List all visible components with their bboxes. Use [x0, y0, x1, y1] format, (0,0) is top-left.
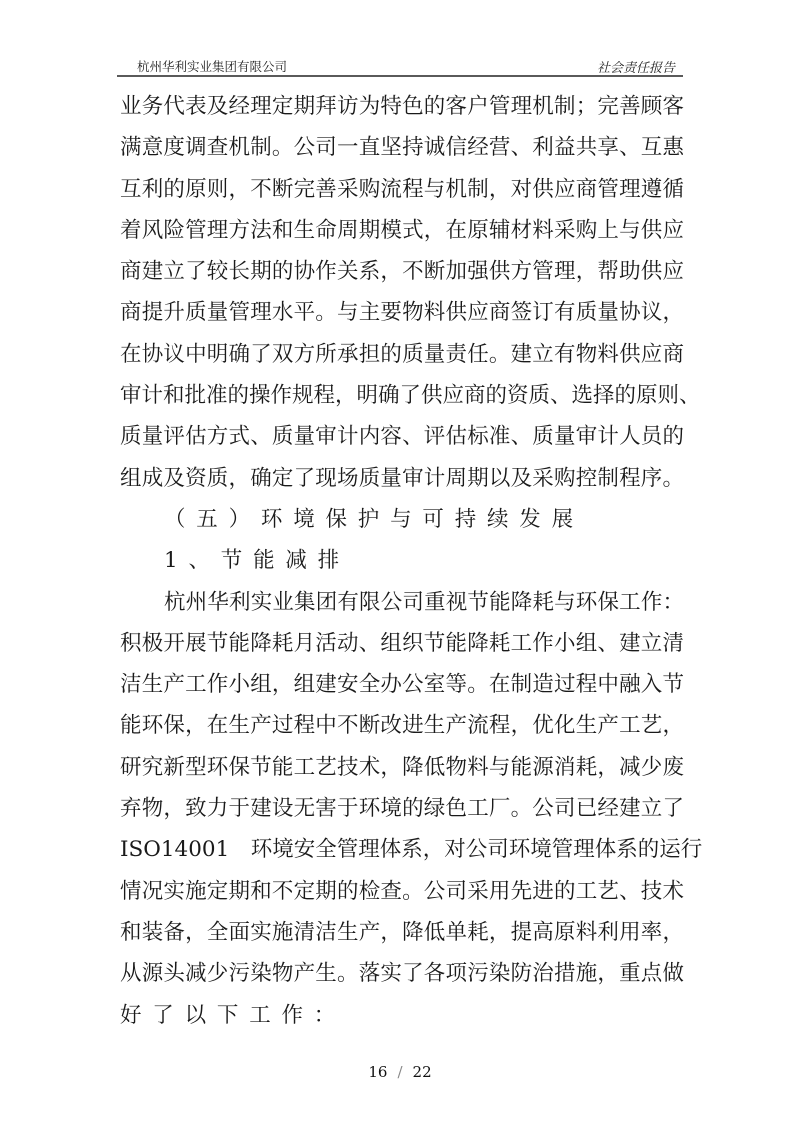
- body-line: 满意度调查机制。公司一直坚持诚信经营、利益共享、互惠: [120, 127, 684, 168]
- body-line: 组成及资质，确定了现场质量审计周期以及采购控制程序。: [120, 458, 684, 499]
- body-line: 杭州华利实业集团有限公司重视节能降耗与环保工作：: [120, 582, 684, 623]
- body-line: 弃物，致力于建设无害于环境的绿色工厂。公司已经建立了: [120, 788, 684, 829]
- body-line: 研究新型环保节能工艺技术，降低物料与能源消耗，减少废: [120, 747, 684, 788]
- body-line: 洁生产工作小组，组建安全办公室等。在制造过程中融入节: [120, 664, 684, 705]
- body-line: 着风险管理方法和生命周期模式，在原辅材料采购上与供应: [120, 210, 684, 251]
- body-line: 积极开展节能降耗月活动、组织节能降耗工作小组、建立清: [120, 623, 684, 664]
- body-line: 互利的原则，不断完善采购流程与机制，对供应商管理遵循: [120, 169, 684, 210]
- body-line: 商提升质量管理水平。与主要物料供应商签订有质量协议，: [120, 292, 684, 333]
- body-line: 业务代表及经理定期拜访为特色的客户管理机制；完善顾客: [120, 86, 684, 127]
- page-separator: /: [397, 1063, 402, 1081]
- body-line: 能环保，在生产过程中不断改进生产流程，优化生产工艺，: [120, 705, 684, 746]
- body-line: 在协议中明确了双方所承担的质量责任。建立有物料供应商: [120, 334, 684, 375]
- header-divider: [117, 75, 683, 77]
- body-line: 从源头减少污染物产生。落实了各项污染防治措施，重点做: [120, 953, 684, 994]
- current-page: 16: [368, 1063, 387, 1081]
- header-report-title: 社会责任报告: [597, 57, 675, 76]
- body-line: 质量评估方式、质量审计内容、评估标准、质量审计人员的: [120, 416, 684, 457]
- body-line: 商建立了较长期的协作关系，不断加强供方管理，帮助供应: [120, 251, 684, 292]
- body-line: 情况实施定期和不定期的检查。公司采用先进的工艺、技术: [120, 871, 684, 912]
- section-heading: （五）环境保护与可持续发展: [120, 499, 684, 540]
- body-line: 好了以下工作：: [120, 995, 684, 1036]
- total-pages: 22: [413, 1063, 432, 1081]
- header-company-name: 杭州华利实业集团有限公司: [137, 57, 287, 75]
- page-number: 16/22: [0, 1063, 800, 1081]
- body-line: ISO14001 环境安全管理体系，对公司环境管理体系的运行: [120, 829, 684, 870]
- body-line: 审计和批准的操作规程，明确了供应商的资质、选择的原则、: [120, 375, 684, 416]
- body-line: 和装备，全面实施清洁生产，降低单耗，提高原料利用率，: [120, 912, 684, 953]
- page-header: 杭州华利实业集团有限公司 社会责任报告: [117, 55, 683, 75]
- document-body: 业务代表及经理定期拜访为特色的客户管理机制；完善顾客 满意度调查机制。公司一直坚…: [120, 86, 684, 1036]
- subsection-heading: 1、节能减排: [120, 540, 684, 581]
